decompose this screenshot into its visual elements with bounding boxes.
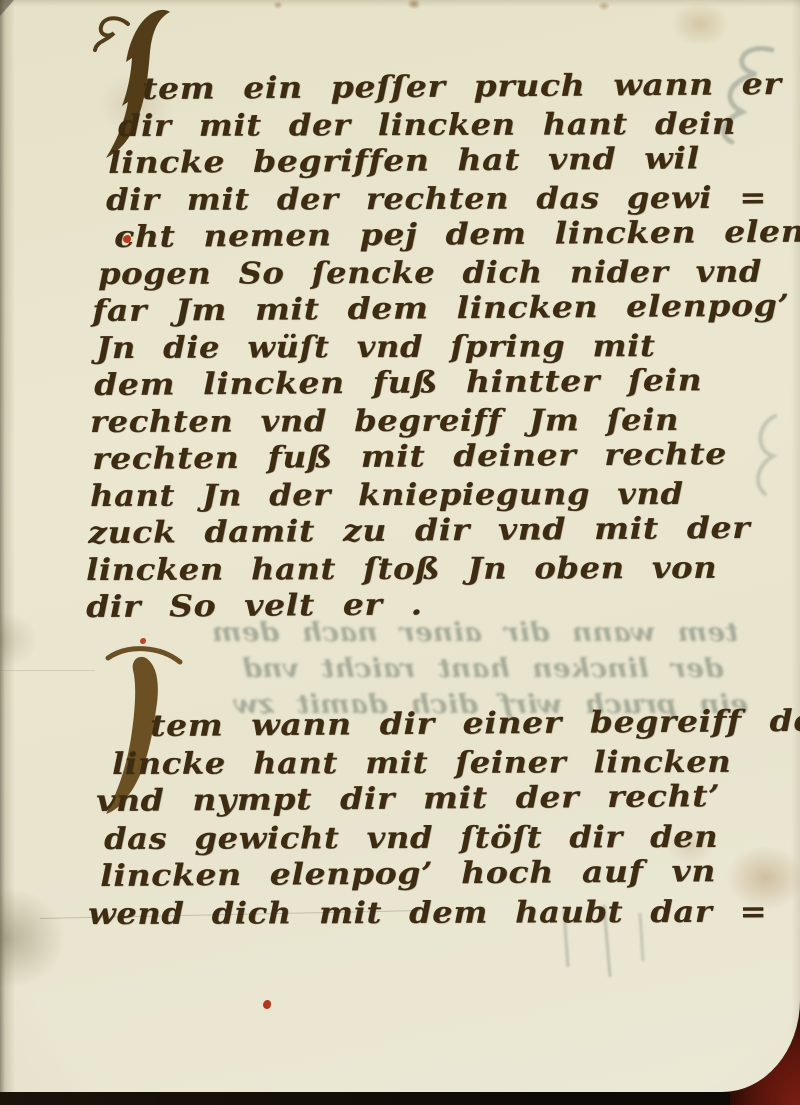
bleed-through-line: tem wann dir ainer nach dem	[135, 620, 800, 646]
text-line: dem lincken fuß hintter ſein	[94, 366, 702, 401]
bleed-through-line: der lincken hant raicht vnd	[143, 656, 800, 682]
text-line: Jn die wüſt vnd ſpring mit	[96, 332, 655, 364]
rubric-dot	[140, 638, 146, 644]
rubric-dot	[263, 1000, 271, 1009]
text-line: far Jm mit dem lincken elenpog’	[92, 292, 790, 327]
text-line: cht nemen pej dem lincken elen =	[114, 217, 800, 253]
text-line: vnd nympt dir mit der recht’	[96, 782, 720, 817]
text-line: hant Jn der kniepiegung vnd	[90, 480, 684, 512]
text-line: tem ein peſſer pruch wann er	[142, 70, 782, 105]
text-line: lincke hant mit ſeiner lincken	[112, 748, 731, 780]
text-line: pogen So ſencke dich nider vnd	[98, 258, 762, 290]
text-line: das gewicht vnd ſtöſt dir den	[104, 823, 718, 855]
manuscript-photo: tem wann dir ainer nach dem der lincken …	[0, 0, 800, 1105]
text-line: zuck damit zu dir vnd mit der	[88, 514, 750, 549]
page-corner-shadow	[0, 0, 14, 16]
text-line: dir So velt er .	[86, 590, 423, 623]
text-line: rechten fuß mit deiner rechte	[92, 440, 727, 475]
manuscript-page: tem wann dir ainer nach dem der lincken …	[0, 0, 800, 1092]
text-line: wend dich mit dem haubt dar =	[88, 898, 767, 930]
ruling-line	[0, 670, 95, 671]
text-line: rechten vnd begreiff Jm ſein	[90, 406, 679, 438]
text-line: lincken elenpog’ hoch auf vn	[100, 857, 716, 892]
text-line: tem wann dir einer begreiff dein	[150, 706, 800, 742]
text-line: lincken hant ſtoß Jn oben von	[86, 554, 717, 586]
text-line: lincke begriffen hat vnd wil	[108, 144, 700, 179]
text-line: dir mit der rechten das gewi =	[106, 184, 767, 216]
bleed-through-flourish	[735, 410, 795, 500]
rubric-dot	[123, 235, 131, 243]
text-line: dir mit der lincken hant dein	[118, 110, 736, 142]
